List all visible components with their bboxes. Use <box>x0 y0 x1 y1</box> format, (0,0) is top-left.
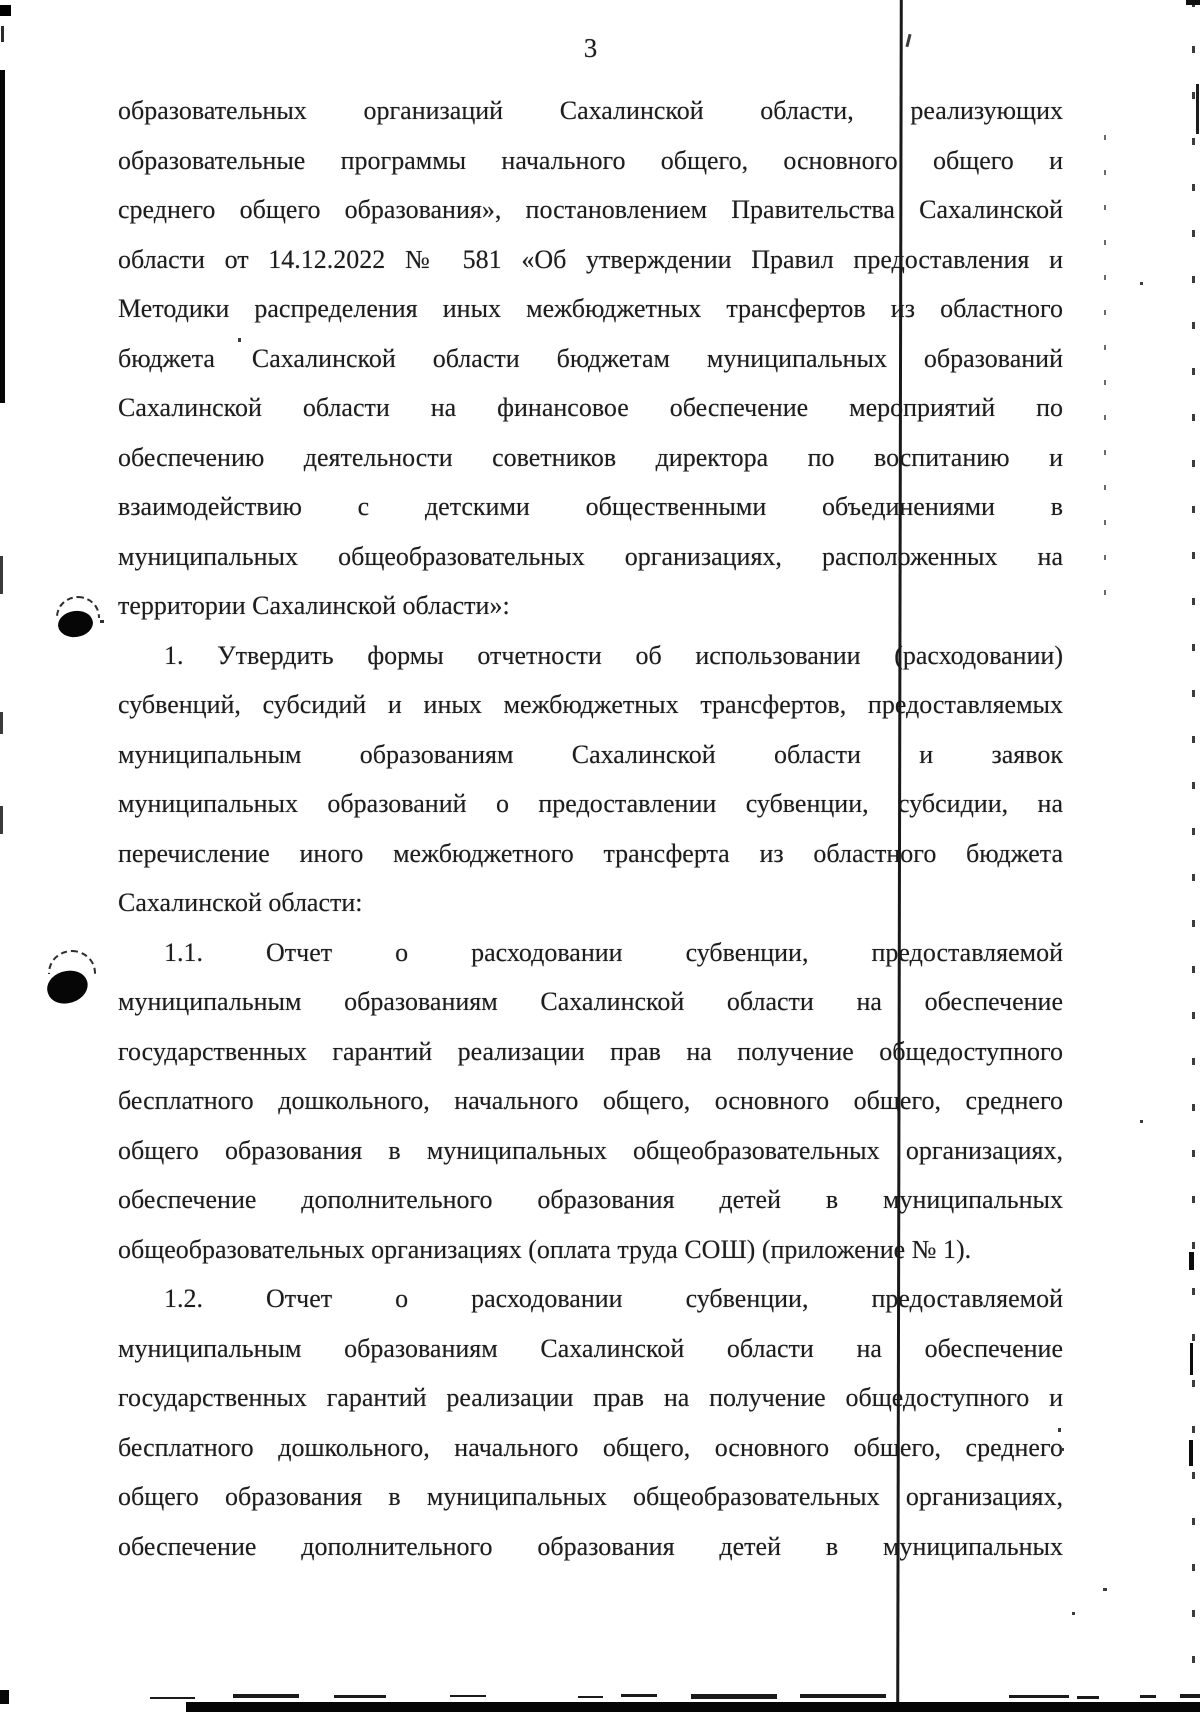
text-line: бюджета Сахалинской области бюджетам мун… <box>118 334 1063 384</box>
scan-speck <box>100 620 104 623</box>
paragraph-item-1-2: 1.2. Отчет о расходовании субвенции, пре… <box>118 1274 1063 1571</box>
scan-edge-left-bar <box>0 70 5 403</box>
text-line: общего образования в муниципальных общео… <box>118 1472 1063 1522</box>
text-line: муниципальных общеобразовательных органи… <box>118 532 1063 582</box>
scan-bottom-dash <box>1140 1695 1156 1698</box>
text-line: муниципальным образованиям Сахалинской о… <box>118 977 1063 1027</box>
text-line: субвенций, субсидий и иных межбюджетных … <box>118 680 1063 730</box>
text-line: перечисление иного межбюджетного трансфе… <box>118 829 1063 879</box>
text-line: муниципальных образований о предоставлен… <box>118 779 1063 829</box>
scan-bottom-dash <box>578 1696 603 1698</box>
scan-edge-tick <box>0 712 3 734</box>
hole-punch-top <box>56 609 94 640</box>
scan-right-dotted-line <box>1192 0 1195 1700</box>
text-line: Сахалинской области: <box>118 878 1063 928</box>
scan-speck-column <box>1104 135 1106 605</box>
text-line: среднего общего образования», постановле… <box>118 185 1063 235</box>
text-line: бесплатного дошкольного, начального обще… <box>118 1076 1063 1126</box>
text-line: области от 14.12.2022 № 581 «Об утвержде… <box>118 235 1063 285</box>
text-line: муниципальным образованиям Сахалинской о… <box>118 1324 1063 1374</box>
scan-top-right-tick <box>1186 0 1200 5</box>
scan-bottom-dash <box>1009 1695 1069 1698</box>
scan-right-blob <box>1189 1440 1193 1466</box>
scan-edge-tick <box>0 806 3 834</box>
paragraph-item-1-1: 1.1. Отчет о расходовании субвенции, пре… <box>118 928 1063 1275</box>
scan-right-blob <box>1189 1252 1194 1270</box>
hole-punch-bottom <box>43 965 92 1008</box>
text-line: 1. Утвердить формы отчетности об использ… <box>118 631 1063 681</box>
scan-bottom-dash <box>450 1695 486 1697</box>
hole-punch-top-arc <box>56 596 102 618</box>
scan-bottom-dash <box>800 1694 886 1698</box>
paragraph-intro-continuation: образовательных организаций Сахалинской … <box>118 86 1063 631</box>
scan-bottom-dash <box>1180 1694 1200 1698</box>
scan-bottom-bar <box>186 1702 1200 1712</box>
text-line: общего образования в муниципальных общео… <box>118 1126 1063 1176</box>
text-line: бесплатного дошкольного, начального обще… <box>118 1423 1063 1473</box>
text-line: государственных гарантий реализации прав… <box>118 1373 1063 1423</box>
scan-edge-tick <box>1 26 4 42</box>
text-line: образовательных организаций Сахалинской … <box>118 86 1063 136</box>
text-line: обеспечение дополнительного образования … <box>118 1175 1063 1225</box>
scan-speck <box>1140 282 1143 285</box>
scanned-document-page: 3 образовательных организаций Сахалинско… <box>0 0 1200 1712</box>
scan-bottom-dash <box>334 1695 386 1698</box>
text-line: общеобразовательных организациях (оплата… <box>118 1225 1063 1275</box>
scan-edge-tick <box>0 556 3 594</box>
text-line: муниципальным образованиям Сахалинской о… <box>118 730 1063 780</box>
scan-speck <box>1103 1588 1107 1591</box>
scan-bottom-dash <box>621 1694 657 1697</box>
page-number: 3 <box>118 30 1063 66</box>
text-line: 1.2. Отчет о расходовании субвенции, пре… <box>118 1274 1063 1324</box>
scan-bottom-dash <box>233 1694 299 1698</box>
hole-punch-bottom-arc <box>48 950 100 974</box>
scan-right-segment <box>1196 84 1199 134</box>
scan-bottom-dash <box>691 1694 777 1699</box>
scan-right-blob <box>1190 1343 1193 1375</box>
scan-bottom-dash <box>1077 1696 1099 1699</box>
document-body: образовательных организаций Сахалинской … <box>118 86 1063 1571</box>
paragraph-item-1: 1. Утвердить формы отчетности об использ… <box>118 631 1063 928</box>
text-line: Сахалинской области на финансовое обеспе… <box>118 383 1063 433</box>
scan-bottom-dash <box>150 1697 195 1699</box>
scan-edge-corner-mark <box>0 5 11 16</box>
text-line: взаимодействию с детскими общественными … <box>118 482 1063 532</box>
text-line: обеспечение дополнительного образования … <box>118 1522 1063 1572</box>
text-line: 1.1. Отчет о расходовании субвенции, пре… <box>118 928 1063 978</box>
text-line: государственных гарантий реализации прав… <box>118 1027 1063 1077</box>
scan-speck <box>1140 1120 1143 1123</box>
scan-speck <box>1072 1612 1075 1615</box>
scan-edge-bottom-left-mark <box>0 1690 9 1704</box>
text-line: территории Сахалинской области»: <box>118 581 1063 631</box>
text-line: образовательные программы начального общ… <box>118 136 1063 186</box>
text-line: обеспечению деятельности советников дире… <box>118 433 1063 483</box>
text-line: Методики распределения иных межбюджетных… <box>118 284 1063 334</box>
